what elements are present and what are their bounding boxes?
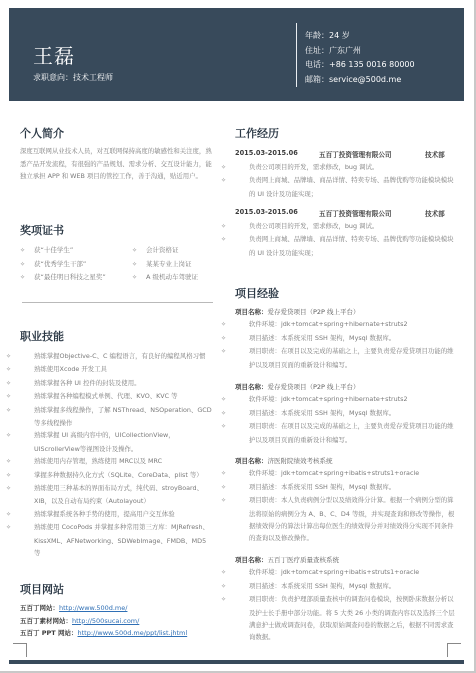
candidate-name: 王磊	[33, 40, 75, 69]
section-divider	[22, 302, 213, 303]
project-name: 济医附院绩效考核系统	[268, 457, 333, 465]
profile-title: 个人简介	[20, 125, 64, 141]
profile-text: 深度互联网从业技术人员，对互联网保持高度的敏感性和关注度，熟悉产品开发流程，有很…	[20, 145, 212, 183]
skill-item: 熟练使用Xcode 开发工具	[20, 363, 212, 376]
project-detail: 软件环境：jdk+tomcat+spring+ibatis+struts1+or…	[235, 566, 457, 579]
address: 住址：广东广州	[305, 44, 415, 59]
page-corner-mark	[447, 643, 461, 657]
project-detail: 项目职责：在项目以及完成的基础之上，主要负责爱存爱贷项目功能的维护以及项目页面的…	[235, 420, 457, 446]
skill-item: 熟练使用内存管理，熟练使用 MRC以及 MRC	[20, 455, 212, 468]
job-entry: 2015.03-2015.06五百丁投资管理有限公司技术部 负责公司项目的开发，…	[235, 208, 457, 259]
project-detail: 项目描述：本系统采用 SSH 架构，Mysql 数据库。	[235, 332, 457, 345]
job-duty: 负责网上商城、品牌墙、商品详情、特卖专场、品牌优购等功能模块模块的 UI 设计及…	[235, 233, 457, 259]
award-item: 会计资格证	[132, 244, 210, 258]
skills-list: 熟练掌握Objective-C、C 编程语言，有良好的编程风格习惯 熟练使用Xc…	[20, 350, 212, 560]
header-divider	[296, 23, 297, 87]
contact-info: 年龄：24 岁 住址：广东广州 电话：+86 135 0016 80000 邮箱…	[305, 29, 415, 87]
award-item: 获“十佳学生”	[20, 244, 132, 258]
project-detail: 项目描述：本系统采用 SSH 架构，Mysql 数据库。	[235, 407, 457, 420]
skill-item: 熟练掌握各种编程模式单例、代理、KVO、KVC 等	[20, 390, 212, 403]
project-name: 爱存爱贷项目（P2P 线上平台）	[268, 308, 360, 316]
project-detail: 软件环境：jdk+tomcat+spring+ibatis+struts1+or…	[235, 467, 457, 480]
skill-item: 熟练掌握各种 UI 控件的封装及使用。	[20, 377, 212, 390]
project-entry: 项目名称：济医附院绩效考核系统 软件环境：jdk+tomcat+spring+i…	[235, 455, 457, 545]
website-link[interactable]: http://www.500d.me/	[59, 604, 127, 612]
project-detail: 项目职责：负责护理部质量查核中的调查问卷模块，按例卧床数据分析以及护士长手册中部…	[235, 593, 457, 644]
phone: 电话：+86 135 0016 80000	[305, 58, 415, 73]
skill-item: 熟练掌握Objective-C、C 编程语言，有良好的编程风格习惯	[20, 350, 212, 363]
websites-title: 项目网站	[20, 581, 64, 597]
awards-list: 获“十佳学生” 会计资格证 获“优秀学生干部” 某某专业上岗证 获“最佳明日科技…	[20, 244, 210, 285]
skill-item: 熟练掌握多线程操作，了解 NSThread、NSOperation、GCD 等多…	[20, 404, 212, 430]
email: 邮箱：service@500d.me	[305, 73, 415, 88]
project-name: 五百丁医疗质量查核系统	[268, 556, 340, 564]
job-intent: 求职意向：技术工程师	[33, 72, 113, 83]
job-dept: 技术部	[425, 149, 445, 159]
skills-title: 职业技能	[20, 328, 64, 344]
age: 年龄：24 岁	[305, 29, 415, 44]
award-item: 获“最佳明日科技之星奖”	[20, 271, 132, 285]
skill-item: 熟练掌握 UI 高级内容中的，UICollectionView，UIScroll…	[20, 429, 212, 455]
award-item: 某某专业上岗证	[132, 258, 210, 272]
job-entry: 2015.03-2015.06五百丁投资管理有限公司技术部 负责公司项目的开发，…	[235, 149, 457, 200]
skill-item: 熟练掌握系统各种手势的使用，提高用户交互体验	[20, 508, 212, 521]
project-detail: 软件环境：jdk+tomcat+spring+hibernate+struts2	[235, 393, 457, 406]
job-duty: 负责公司项目的开发，需求修改，bug 调试。	[235, 161, 457, 174]
resume-page: 王磊 求职意向：技术工程师 年龄：24 岁 住址：广东广州 电话：+86 135…	[0, 0, 476, 673]
job-period: 2015.03-2015.06	[235, 149, 319, 159]
skill-item: 掌握多种数据持久化方式（SQLite、CoreData、plist 等）	[20, 469, 212, 482]
job-period: 2015.03-2015.06	[235, 208, 319, 218]
project-entry: 项目名称：五百丁医疗质量查核系统 软件环境：jdk+tomcat+spring+…	[235, 554, 457, 644]
footer-bar	[9, 660, 464, 664]
page-corner-mark	[13, 643, 27, 657]
job-duty: 负责网上商城、品牌墙、商品详情、特卖专场、品牌优购等功能模块模块的 UI 设计及…	[235, 174, 457, 200]
website-item: 五百丁 PPT 网站：http://www.500d.me/ppt/list.j…	[20, 627, 187, 640]
website-link[interactable]: http://www.500d.me/ppt/list.jhtml	[78, 629, 188, 637]
project-detail: 项目描述：本系统采用 SSH 架构，Mysql 数据库。	[235, 481, 457, 494]
project-name: 爱存爱贷项目（P2P 线上平台）	[268, 383, 360, 391]
award-item: A 级机动车驾驶证	[132, 271, 210, 285]
award-item: 获“优秀学生干部”	[20, 258, 132, 272]
project-detail: 项目职责：本人负责病例分型以及绩效得分计算。根据一个病例分型的算法将原始的病例分…	[235, 494, 457, 545]
skill-item: 熟练使用三种基本的界面布局方式，纯代码、stroyBoard、XIB，以及自动布…	[20, 482, 212, 508]
job-company: 五百丁投资管理有限公司	[319, 149, 425, 159]
resume-header: 王磊 求职意向：技术工程师 年龄：24 岁 住址：广东广州 电话：+86 135…	[9, 8, 464, 101]
projects-title: 项目经验	[235, 285, 279, 301]
project-entry: 项目名称：爱存爱贷项目（P2P 线上平台） 软件环境：jdk+tomcat+sp…	[235, 381, 457, 446]
website-item: 五百丁素材网站：http://500sucai.com/	[20, 615, 187, 628]
project-detail: 软件环境：jdk+tomcat+spring+hibernate+struts2	[235, 318, 457, 331]
work-title: 工作经历	[235, 125, 279, 141]
awards-title: 奖项证书	[20, 222, 64, 238]
job-company: 五百丁投资管理有限公司	[319, 208, 425, 218]
job-dept: 技术部	[425, 208, 445, 218]
project-entry: 项目名称：爱存爱贷项目（P2P 线上平台） 软件环境：jdk+tomcat+sp…	[235, 306, 457, 371]
skill-item: 熟练使用 CocoPods 并掌握多种常用第三方库：MJRefresh、Kiss…	[20, 521, 212, 559]
websites-list: 五百丁网站：http://www.500d.me/ 五百丁素材网站：http:/…	[20, 602, 187, 640]
website-item: 五百丁网站：http://www.500d.me/	[20, 602, 187, 615]
project-detail: 项目描述：本系统采用 SSH 架构，Mysql 数据库。	[235, 580, 457, 593]
website-link[interactable]: http://500sucai.com/	[72, 617, 139, 625]
job-duty: 负责公司项目的开发，需求修改，bug 调试。	[235, 220, 457, 233]
project-detail: 项目职责：在项目以及完成的基础之上，主要负责爱存爱贷项目功能的维护以及项目页面的…	[235, 345, 457, 371]
